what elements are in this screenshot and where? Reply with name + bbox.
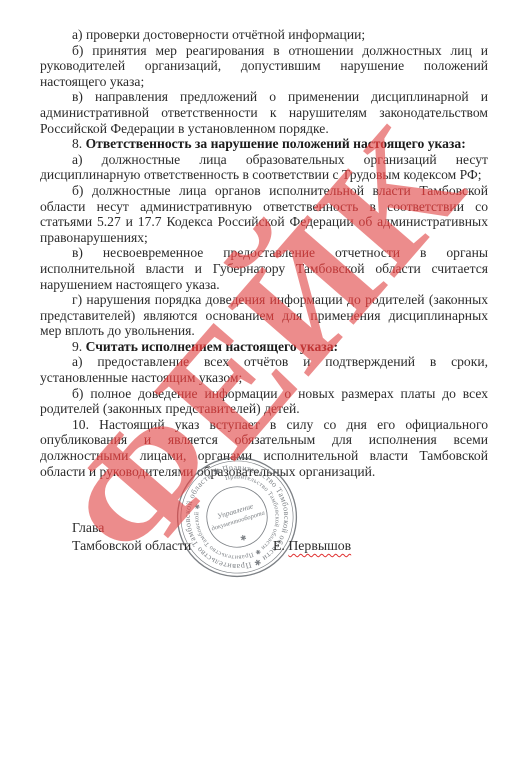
heading-text: Считать исполнением настоящего указа: — [86, 339, 338, 354]
heading-number: 8. — [72, 136, 86, 151]
signature-title-line1: Глава — [72, 519, 488, 537]
paragraph: в) несвоевременное предоставление отчетн… — [40, 245, 488, 292]
signature-name: Е. Первышов — [273, 537, 351, 555]
section-heading: 8. Ответственность за нарушение положени… — [40, 136, 488, 152]
paragraph: а) проверки достоверности отчётной инфор… — [40, 27, 488, 43]
signature-initial: Е. — [273, 538, 288, 553]
heading-text: Ответственность за нарушение положений н… — [86, 136, 466, 151]
paragraph: а) должностные лица образовательных орга… — [40, 152, 488, 183]
paragraph: в) направления предложений о применении … — [40, 89, 488, 136]
signature-surname: Первышов — [288, 538, 351, 553]
paragraph: г) нарушения порядка доведения информаци… — [40, 292, 488, 339]
section-heading: 9. Считать исполнением настоящего указа: — [40, 339, 488, 355]
round-stamp: Правительство Тамбовской области ✱ Прави… — [171, 451, 303, 583]
paragraph: б) принятия мер реагирования в отношении… — [40, 43, 488, 90]
paragraph: б) должностные лица органов исполнительн… — [40, 183, 488, 245]
paragraph: а) предоставление всех отчётов и подтвер… — [40, 354, 488, 385]
paragraph: б) полное доведение информации о новых р… — [40, 386, 488, 417]
signature-block: ГлаваТамбовской областиЕ. Первышов — [72, 519, 488, 555]
document-page: а) проверки достоверности отчётной инфор… — [0, 0, 509, 761]
heading-number: 9. — [72, 339, 86, 354]
